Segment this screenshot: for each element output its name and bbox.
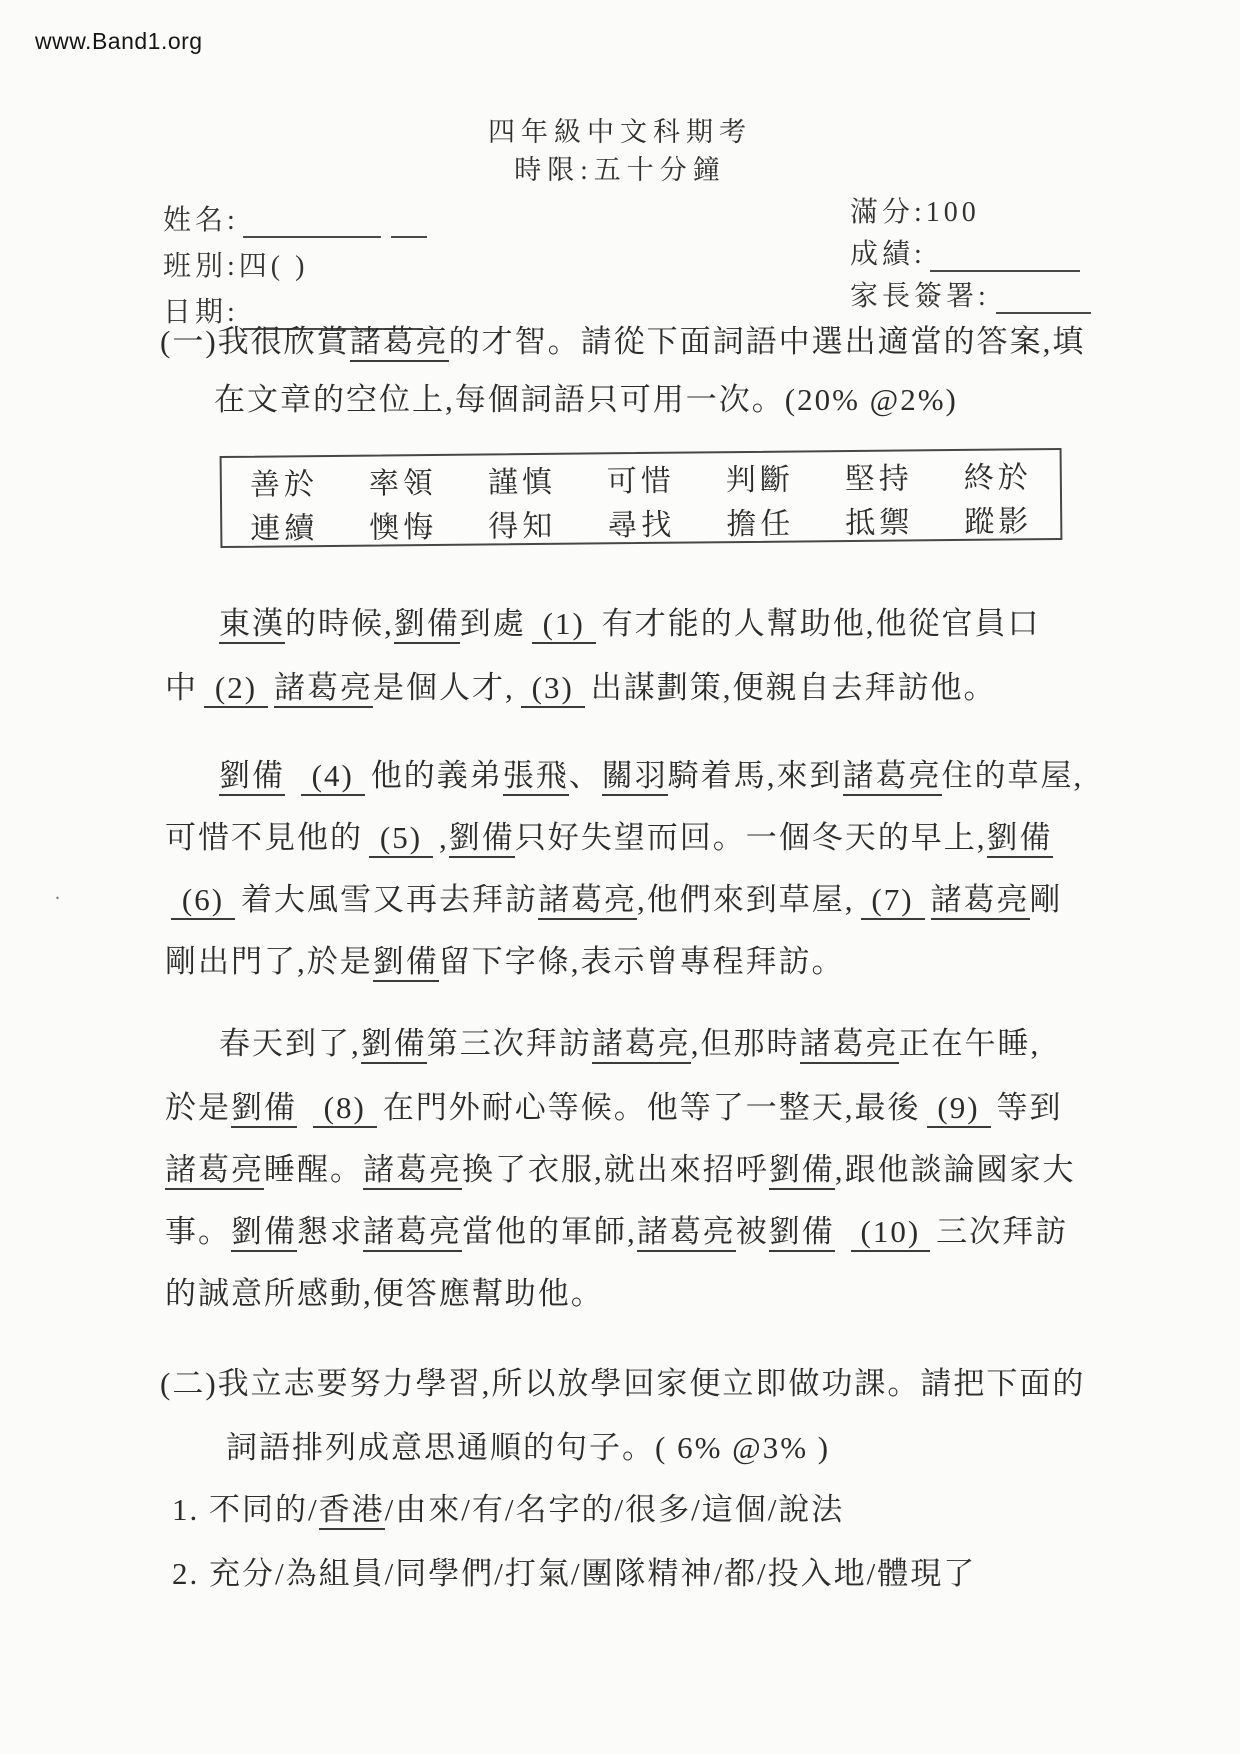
underlined-proper-noun: 關羽	[602, 758, 668, 796]
word-bank-item: 堅持	[845, 453, 913, 498]
word-bank-item: 蹤影	[964, 496, 1032, 541]
text-segment: 留下字條,表示曾專程拜訪。	[439, 944, 845, 979]
answer-blank: (10)	[851, 1214, 931, 1252]
name-row: 姓名:	[163, 198, 427, 238]
text-segment: ,	[439, 820, 449, 855]
class-label: 班別:四( )	[163, 251, 308, 282]
text-segment: 當他的軍師,	[462, 1214, 637, 1249]
answer-blank: (7)	[861, 882, 925, 920]
text-segment: 睡醒。	[264, 1152, 363, 1187]
passage-line: 東漢的時候,劉備到處(1)有才能的人幫助他,他從官員口	[165, 598, 1159, 644]
underlined-proper-noun: 劉備	[769, 1214, 835, 1252]
score-underline	[930, 240, 1080, 272]
underlined-proper-noun: 劉備	[394, 606, 460, 644]
answer-blank: (9)	[927, 1090, 991, 1128]
text-segment: 第三次拜訪	[427, 1026, 592, 1061]
section2-heading-line-2: 詞語排列成意思通順的句子。( 6% @3% )	[160, 1422, 1166, 1467]
text-segment	[297, 1090, 307, 1125]
underlined-proper-noun: 劉備	[373, 944, 439, 982]
text-segment: 是個人才,	[373, 670, 515, 705]
text-segment: 詞語排列成意思通順的句子。( 6% @3% )	[226, 1430, 830, 1465]
passage-line: 事。劉備懇求諸葛亮當他的軍師,諸葛亮被劉備 (10)三次拜訪	[165, 1206, 1105, 1252]
text-segment: ,他們來到草屋,	[637, 882, 855, 917]
underlined-proper-noun: 諸葛亮	[538, 882, 637, 920]
underlined-proper-noun: 劉備	[769, 1152, 835, 1190]
text-segment: ,但那時	[691, 1026, 800, 1061]
text-segment: (二)我立志要努力學習,所以放學回家便立即做功課。請把下面的	[160, 1366, 1085, 1401]
passage-line: 可惜不見他的(5),劉備只好失望而回。一個冬天的早上,劉備	[165, 812, 1105, 858]
time-limit-line: 時限:五十分鐘	[0, 148, 1240, 187]
text-segment: 懇求	[297, 1214, 363, 1249]
text-segment: 換了衣服,就出來招呼	[462, 1152, 769, 1187]
underlined-proper-noun: 張飛	[503, 758, 569, 796]
text-segment: 在門外耐心等候。他等了一整天,最後	[383, 1090, 921, 1125]
text-segment: 出謀劃策,便親自去拜訪他。	[591, 670, 997, 705]
word-bank-item: 終於	[964, 452, 1032, 497]
text-segment: 春天到了,	[219, 1026, 361, 1061]
parent-sign-label: 家長簽署:	[850, 281, 990, 312]
text-segment	[285, 758, 295, 793]
text-segment: 他的義弟	[371, 758, 503, 793]
text-segment: 等到	[997, 1090, 1063, 1125]
word-bank-item: 得知	[488, 501, 556, 546]
passage-line: 春天到了,劉備第三次拜訪諸葛亮,但那時諸葛亮正在午睡,	[165, 1018, 1159, 1063]
answer-blank: (1)	[532, 606, 596, 644]
text-segment: 到處	[460, 606, 526, 641]
text-segment: 事。	[165, 1214, 231, 1249]
underlined-proper-noun: 諸葛亮	[843, 758, 942, 796]
underlined-proper-noun: 諸葛亮	[350, 324, 449, 362]
underlined-proper-noun: 劉備	[219, 758, 285, 796]
text-segment: 着大風雪又再去拜訪	[241, 882, 538, 917]
text-segment: 被	[736, 1214, 769, 1249]
section1-heading-line-1: (一)我很欣賞諸葛亮的才智。請從下面詞語中選出適當的答案,填	[160, 316, 1100, 361]
text-segment: ,跟他談論國家大	[835, 1152, 1076, 1187]
answer-blank: (4)	[301, 758, 365, 796]
text-segment: 的才智。請從下面詞語中選出適當的答案,填	[449, 324, 1086, 359]
text-segment: 剛	[1030, 882, 1063, 917]
text-segment: 2. 充分/為組員/同學們/打氣/團隊精神/都/投入地/體現了	[172, 1556, 976, 1591]
section1-heading-line-2: 在文章的空位上,每個詞語只可用一次。(20% @2%)	[160, 374, 1154, 419]
text-segment: /由來/有/名字的/很多/這個/說法	[385, 1492, 845, 1527]
section2-item-2: 2. 充分/為組員/同學們/打氣/團隊精神/都/投入地/體現了	[172, 1548, 1112, 1593]
passage-line: 劉備 (4)他的義弟張飛、關羽騎着馬,來到諸葛亮住的草屋,	[165, 750, 1159, 796]
name-underline-short	[391, 206, 427, 238]
text-segment: 剛出門了,於是	[165, 944, 373, 979]
underlined-proper-noun: 劉備	[361, 1026, 427, 1064]
underlined-proper-noun: 諸葛亮	[800, 1026, 899, 1064]
underlined-proper-noun: 諸葛亮	[165, 1152, 264, 1190]
passage-line: 的誠意所感動,便答應幫助他。	[165, 1268, 1105, 1313]
text-segment: 住的草屋,	[942, 758, 1084, 793]
text-segment: 1. 不同的/	[172, 1492, 319, 1527]
word-bank-item: 擔任	[726, 499, 794, 544]
section2-heading-line-1: (二)我立志要努力學習,所以放學回家便立即做功課。請把下面的	[160, 1358, 1100, 1403]
answer-blank: (5)	[369, 820, 433, 858]
text-segment: 在文章的空位上,每個詞語只可用一次。(20% @2%)	[214, 382, 958, 417]
underlined-proper-noun: 劉備	[231, 1090, 297, 1128]
word-bank-item: 謹慎	[488, 457, 556, 502]
answer-blank: (3)	[521, 670, 585, 708]
full-marks-label: 滿分:100	[850, 197, 980, 228]
word-bank-table: 善於 率領 謹慎 可惜 判斷 堅持 終於 連續 懊悔 得知 尋找 擔任 抵禦 蹤…	[220, 448, 1063, 548]
word-bank-item: 抵禦	[845, 497, 913, 542]
scan-artifact-dot: .	[55, 882, 60, 905]
word-bank-item: 懊悔	[369, 502, 437, 547]
word-bank-item: 連續	[250, 503, 318, 548]
word-bank-item: 善於	[250, 459, 318, 504]
text-segment: 的時候,	[285, 606, 394, 641]
underlined-proper-noun: 劉備	[987, 820, 1053, 858]
word-bank-item: 可惜	[607, 456, 675, 501]
parent-sign-underline	[996, 282, 1091, 314]
answer-blank: (2)	[204, 670, 268, 708]
text-segment: 可惜不見他的	[165, 820, 363, 855]
underlined-proper-noun: 諸葛亮	[363, 1214, 462, 1252]
text-segment: 於是	[165, 1090, 231, 1125]
text-segment: 中	[165, 670, 198, 705]
word-bank-item: 判斷	[726, 455, 794, 500]
text-segment: 只好失望而回。一個冬天的早上,	[515, 820, 987, 855]
answer-blank: (6)	[171, 882, 235, 920]
underlined-proper-noun: 諸葛亮	[274, 670, 373, 708]
passage-line: 中(2)諸葛亮是個人才,(3)出謀劃策,便親自去拜訪他。	[165, 662, 1105, 708]
text-segment: 三次拜訪	[936, 1214, 1068, 1249]
text-segment	[835, 1214, 845, 1249]
text-segment: 騎着馬,來到	[668, 758, 843, 793]
text-segment: (一)我很欣賞	[160, 324, 350, 359]
underlined-proper-noun: 香港	[319, 1492, 385, 1530]
text-segment: 有才能的人幫助他,他從官員口	[602, 606, 1041, 641]
exam-title: 四年級中文科期考	[0, 110, 1240, 149]
word-bank-item: 率領	[369, 458, 437, 503]
underlined-proper-noun: 劉備	[449, 820, 515, 858]
full-marks-row: 滿分:100	[850, 190, 980, 230]
word-bank-item: 尋找	[607, 500, 675, 545]
passage-line: 諸葛亮睡醒。諸葛亮換了衣服,就出來招呼劉備,跟他談論國家大	[165, 1144, 1105, 1189]
score-row: 成績:	[850, 232, 1080, 272]
name-underline	[243, 206, 381, 238]
underlined-proper-noun: 諸葛亮	[637, 1214, 736, 1252]
underlined-proper-noun: 東漢	[219, 606, 285, 644]
underlined-proper-noun: 諸葛亮	[592, 1026, 691, 1064]
underlined-proper-noun: 諸葛亮	[931, 882, 1030, 920]
word-bank-row: 連續 懊悔 得知 尋找 擔任 抵禦 蹤影	[222, 496, 1060, 548]
text-segment: 、	[569, 758, 602, 793]
name-label: 姓名:	[163, 205, 239, 236]
watermark: www.Band1.org	[35, 28, 203, 55]
text-segment: 正在午睡,	[899, 1026, 1041, 1061]
class-row: 班別:四( )	[163, 244, 308, 284]
section2-item-1: 1. 不同的/香港/由來/有/名字的/很多/這個/說法	[172, 1484, 1112, 1529]
text-segment: 的誠意所感動,便答應幫助他。	[165, 1276, 604, 1311]
score-label: 成績:	[850, 239, 926, 270]
underlined-proper-noun: 諸葛亮	[363, 1152, 462, 1190]
exam-page: www.Band1.org 四年級中文科期考 時限:五十分鐘 姓名: 班別:四(…	[0, 0, 1240, 1754]
passage-line: 於是劉備 (8)在門外耐心等候。他等了一整天,最後(9)等到	[165, 1082, 1105, 1128]
underlined-proper-noun: 劉備	[231, 1214, 297, 1252]
answer-blank: (8)	[313, 1090, 377, 1128]
passage-line: 剛出門了,於是劉備留下字條,表示曾專程拜訪。	[165, 936, 1105, 981]
parent-sign-row: 家長簽署:	[850, 274, 1091, 314]
passage-line: (6)着大風雪又再去拜訪諸葛亮,他們來到草屋,(7)諸葛亮剛	[165, 874, 1105, 920]
